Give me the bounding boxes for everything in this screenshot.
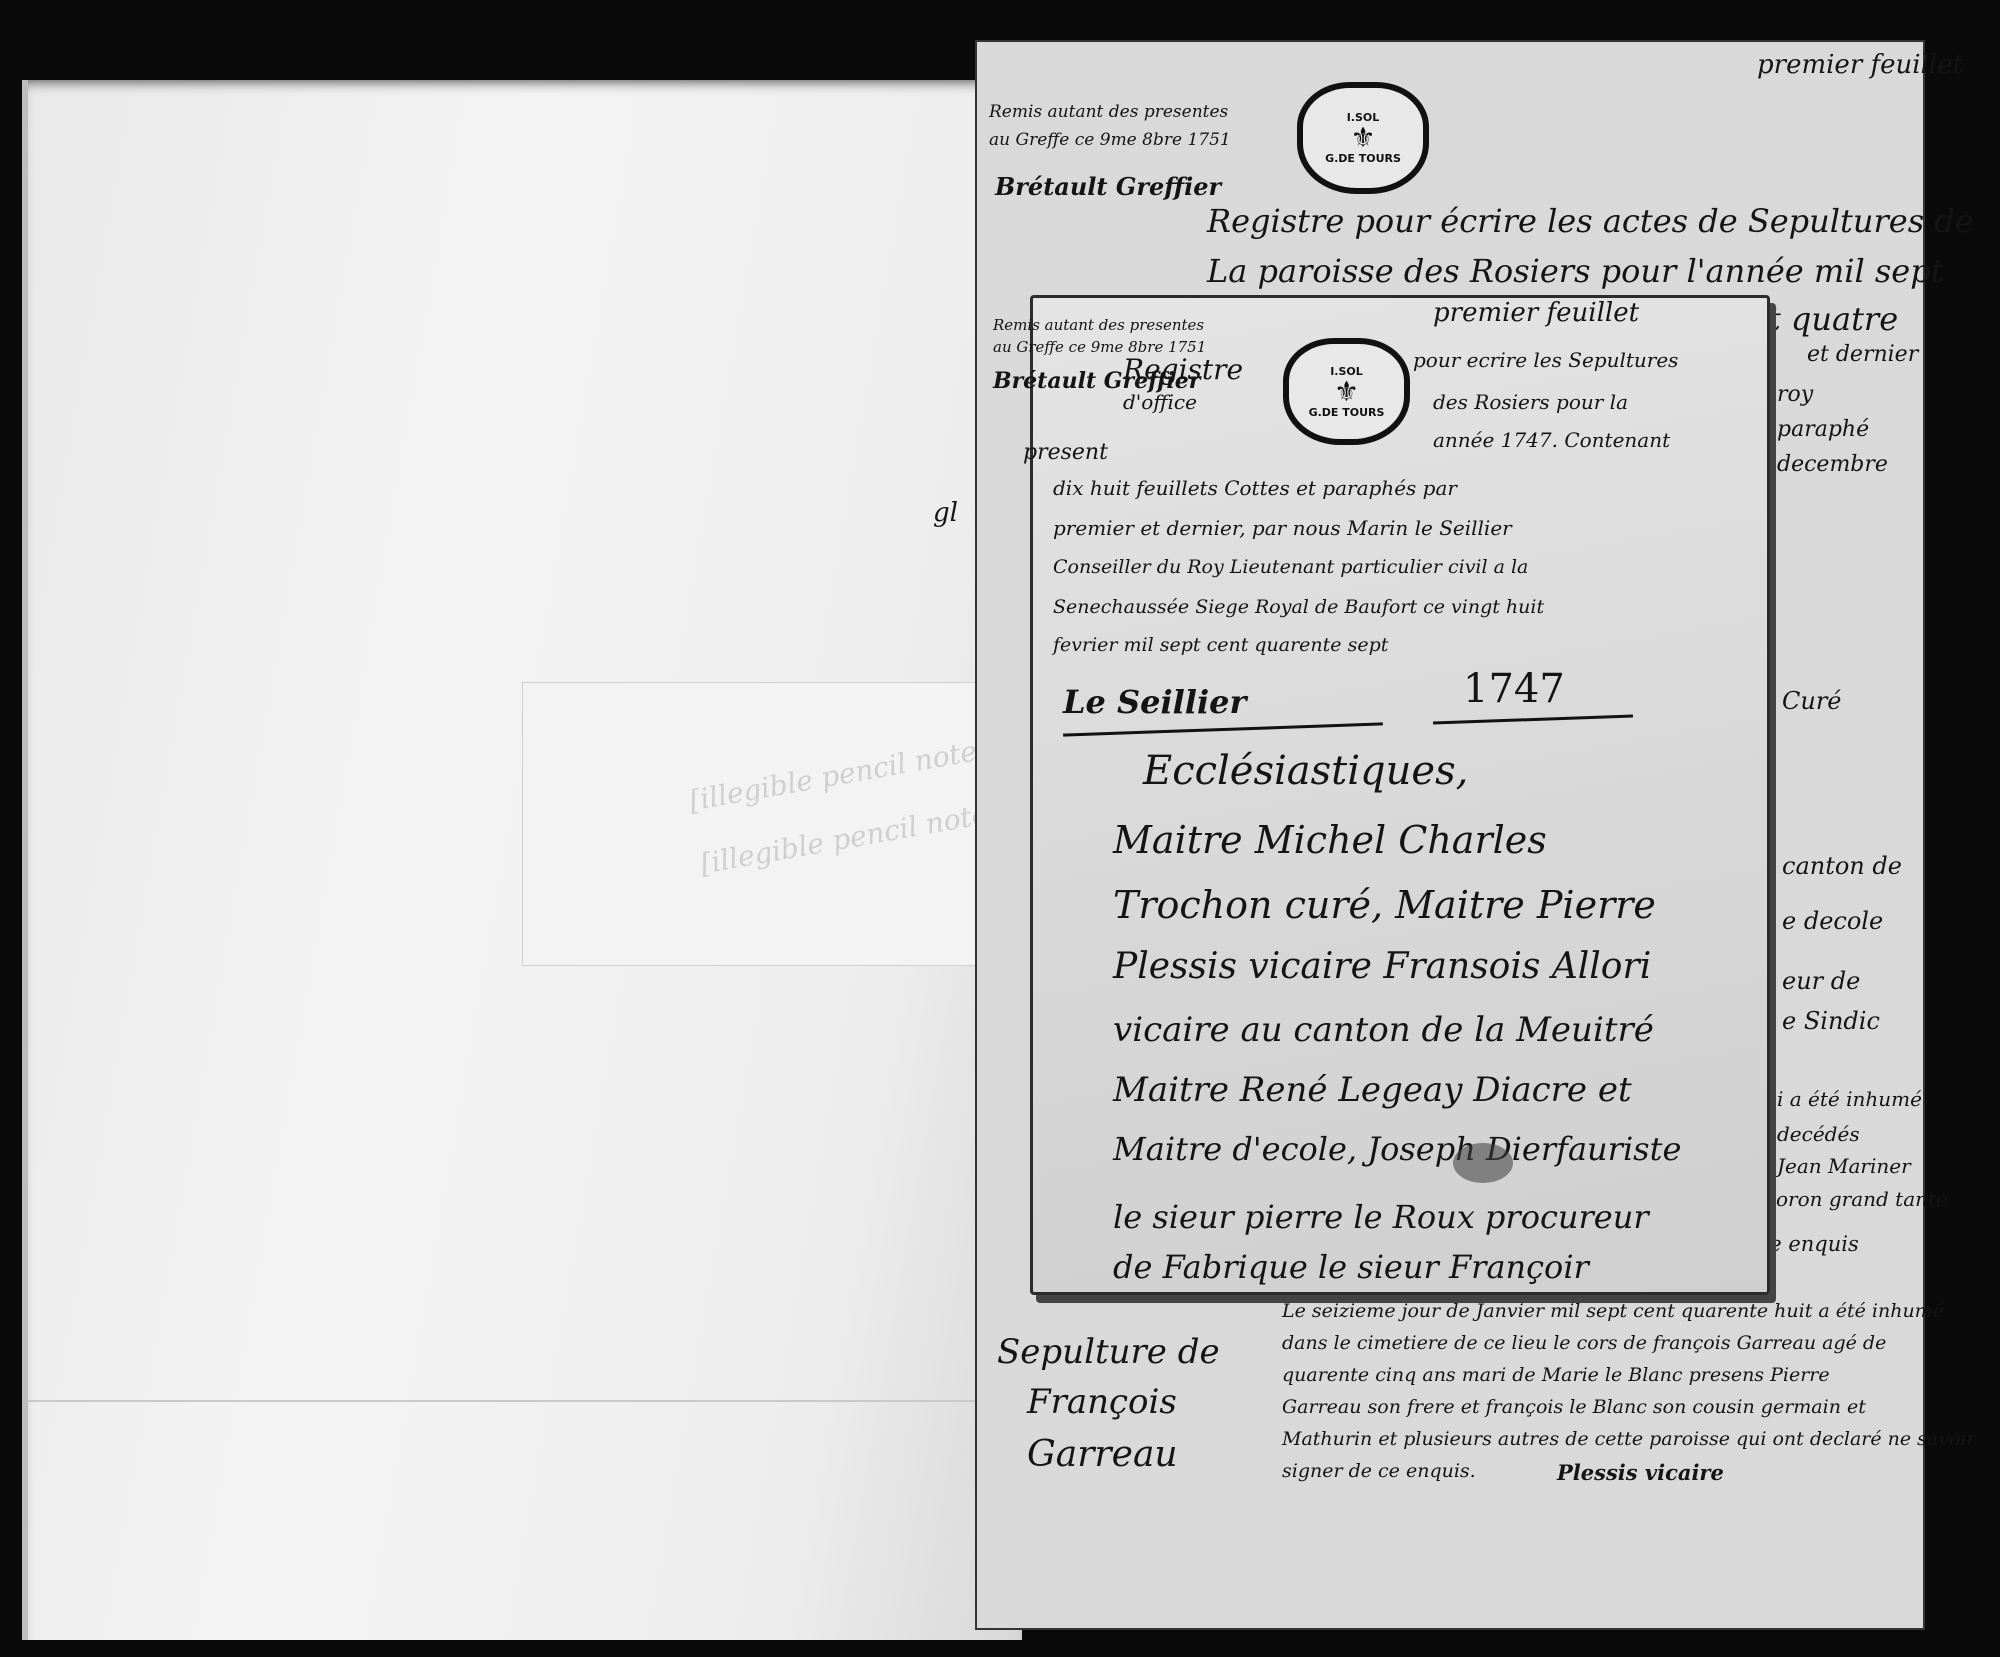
body-line: vicaire au canton de la Meuitré [1113, 1010, 1654, 1050]
body-line: Plessis vicaire Fransois Allori [1113, 946, 1651, 987]
back-fragment: canton de [1782, 852, 1902, 880]
back-fragment: Curé [1782, 687, 1842, 715]
body-line: Trochon curé, Maitre Pierre [1113, 883, 1656, 927]
back-fragment: et dernier [1807, 342, 1918, 367]
burial-entry-line: Mathurin et plusieurs autres de cette pa… [1282, 1428, 1976, 1450]
burial-entry-signature: Plessis vicaire [1557, 1460, 1724, 1485]
page-fold-crease [28, 1400, 1022, 1402]
back-fragment: eur de [1782, 967, 1860, 995]
back-fragment: paraphé [1777, 417, 1869, 442]
front-title-line: Conseiller du Roy Lieutenant particulier… [1053, 556, 1528, 578]
back-fragment: Jean Mariner [1777, 1154, 1911, 1178]
front-tax-stamp: I.SOL ⚜ G.DE TOURS [1283, 338, 1410, 445]
back-fragment: decédés [1777, 1122, 1860, 1146]
pasted-paper-slip: [illegible pencil note] [illegible penci… [522, 682, 1012, 966]
front-title-line: premier et dernier, par nous Marin le Se… [1053, 516, 1512, 540]
body-line: Maitre René Legeay Diacre et [1113, 1070, 1632, 1110]
front-word-office: d'office [1123, 390, 1197, 414]
front-title-line: dix huit feuillets Cottes et paraphés pa… [1053, 476, 1457, 500]
front-title-line: fevrier mil sept cent quarente sept [1053, 634, 1388, 656]
margin-title-sepulture: Sepulture de [997, 1332, 1220, 1372]
back-tax-stamp: I.SOL ⚜ G.DE TOURS [1297, 82, 1429, 194]
front-title-line: année 1747. Contenant [1433, 428, 1670, 452]
front-signoff-signature: Le Seillier [1063, 683, 1246, 721]
back-fragment: i a été inhumé [1777, 1087, 1922, 1111]
burial-entry-line: Garreau son frere et françois le Blanc s… [1282, 1396, 1866, 1418]
back-fragment: roy [1777, 382, 1813, 407]
ink-stain [1453, 1143, 1513, 1183]
body-heading-ecclesiastiques: Ecclésiastiques, [1143, 748, 1468, 794]
burial-entry-line: quarente cinq ans mari de Marie le Blanc… [1282, 1364, 1830, 1386]
body-line: de Fabrique le sieur Françoir [1113, 1248, 1589, 1286]
margin-mark: gl [933, 498, 958, 528]
front-corner-label: premier feuillet [1433, 298, 1639, 328]
signature-underline [1063, 722, 1383, 736]
margin-title-forename: François [1027, 1382, 1177, 1422]
body-line: le sieur pierre le Roux procureur [1113, 1198, 1649, 1236]
faint-pencil-note: [illegible pencil note] [illegible penci… [684, 718, 1004, 897]
body-line: Maitre d'ecole, Joseph Dierfauriste [1113, 1130, 1681, 1168]
front-word-present: present [1023, 440, 1108, 465]
back-deposit-note-1: Remis autant des presentes [989, 102, 1228, 122]
back-fragment: moron grand tante [1757, 1187, 1948, 1211]
fleur-de-lis-icon: ⚜ [1334, 378, 1359, 406]
front-title-line: des Rosiers pour la [1433, 390, 1628, 414]
burial-entry-line: Le seizieme jour de Janvier mil sept cen… [1282, 1300, 1944, 1322]
back-greffier-signature: Brétault Greffier [995, 172, 1221, 201]
front-register-page: premier feuillet Remis autant des presen… [1030, 295, 1770, 1295]
fleur-de-lis-icon: ⚜ [1350, 124, 1375, 152]
back-fragment: decembre [1777, 452, 1888, 477]
front-title-line: Senechaussée Siege Royal de Baufort ce v… [1053, 596, 1544, 618]
back-corner-label: premier feuillet [1757, 50, 1963, 80]
front-deposit-note-1: Remis autant des presentes [993, 316, 1204, 334]
burial-entry-line: signer de ce enquis. [1282, 1460, 1476, 1482]
back-fragment: e Sindic [1782, 1007, 1880, 1035]
year-underline [1433, 715, 1633, 725]
burial-entry-line: dans le cimetiere de ce lieu le cors de … [1282, 1332, 1886, 1354]
front-word-registre: Registre [1123, 353, 1243, 386]
body-line: Maitre Michel Charles [1113, 818, 1547, 862]
back-deposit-note-2: au Greffe ce 9me 8bre 1751 [989, 130, 1231, 150]
front-title-line: pour ecrire les Sepultures [1413, 348, 1678, 372]
front-year: 1747 [1463, 666, 1565, 712]
margin-title-surname: Garreau [1027, 1434, 1178, 1475]
back-heading-line-2: La paroisse des Rosiers pour l'année mil… [1207, 252, 1944, 290]
back-fragment: e decole [1782, 907, 1883, 935]
back-heading-line-1: Registre pour écrire les actes de Sepult… [1207, 202, 1974, 240]
